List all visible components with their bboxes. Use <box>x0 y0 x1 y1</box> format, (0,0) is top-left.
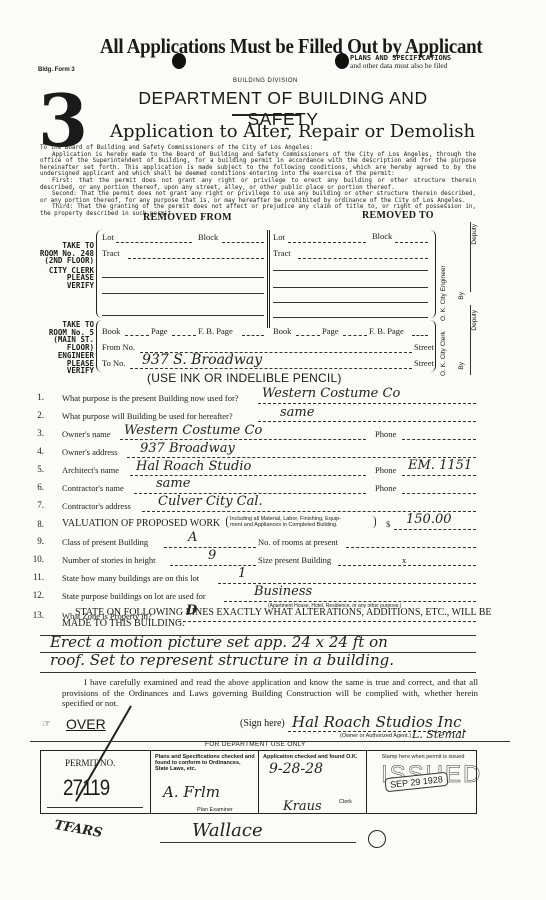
from-book-field[interactable] <box>125 335 149 336</box>
from-line-field[interactable] <box>102 277 264 278</box>
plans-checked-text: Plans and Specifications checked and fou… <box>155 754 255 772</box>
plans-checked-cell: Plans and Specifications checked and fou… <box>151 751 259 813</box>
circle-mark-icon <box>368 830 386 848</box>
item-label: Contractor's address <box>62 501 131 511</box>
item-number: 3. <box>30 428 44 438</box>
side-label-line: VERIFY <box>34 367 94 375</box>
item-label: Contractor's name <box>62 483 124 493</box>
application-title: Application to Alter, Repair or Demolish <box>110 121 435 142</box>
plan-examiner-signature: A. Frlm <box>163 783 220 801</box>
from-page-label: Page <box>151 326 168 336</box>
punch-hole-icon <box>172 53 186 69</box>
stamp-cell: Stamp here when permit is issued ISSUED … <box>367 751 478 815</box>
to-line-field[interactable] <box>273 317 428 318</box>
currency-symbol: $ <box>386 519 390 529</box>
condition-first: First: that the permit does not grant an… <box>40 178 476 191</box>
phone-label: Phone <box>375 465 396 475</box>
preamble-paragraph: Application is hereby made to the Board … <box>40 152 476 178</box>
stamp-note: Stamp here when permit is issued <box>375 754 471 760</box>
left-bracket <box>96 230 102 318</box>
preamble: To the Board of Building and Safety Comm… <box>40 145 476 218</box>
item-label: Number of stories in height <box>62 555 155 565</box>
valuation-value: 150.00 <box>406 512 452 527</box>
item-row: 9. Class of present Building A No. of ro… <box>30 532 480 550</box>
declaration-text: I have carefully examined and read the a… <box>62 677 478 709</box>
building-class-value: A <box>188 530 197 545</box>
item-number: 2. <box>30 410 44 420</box>
from-block-label: Block <box>198 232 218 242</box>
valuation-field[interactable] <box>394 529 476 530</box>
pointing-hand-icon: ☞ <box>42 719 51 730</box>
footer-mark: TFARS <box>53 818 103 841</box>
salutation: To the Board of Building and Safety Comm… <box>40 145 476 152</box>
to-line-field[interactable] <box>273 270 428 271</box>
buildings-count-value: 1 <box>238 566 246 581</box>
alterations-value-line2: roof. Set to represent structure in a bu… <box>50 651 394 669</box>
from-tract-field[interactable] <box>128 258 264 259</box>
application-checked-cell: Application checked and found O.K. 9-28-… <box>259 751 367 813</box>
item-number: 4. <box>30 446 44 456</box>
from-lot-label: Lot <box>102 232 114 242</box>
owner-address-value: 937 Broadway <box>140 441 235 456</box>
owner-name-field[interactable] <box>120 439 366 440</box>
item-label: Owner's name <box>62 429 111 439</box>
to-lot-field[interactable] <box>288 242 366 243</box>
future-use-field[interactable] <box>258 421 476 422</box>
phone-label: Phone <box>375 429 396 439</box>
agent-signature: L. Stemal <box>412 728 465 741</box>
contractor-name-value: same <box>156 476 190 491</box>
contractor-address-value: Culver City Cal. <box>158 494 263 509</box>
item-label: What purpose will Building be used for h… <box>62 411 233 421</box>
item-number: 10. <box>30 554 44 564</box>
item-label: Class of present Building <box>62 537 148 547</box>
side-label-line: FLOOR) <box>34 344 94 352</box>
architect-name-value: Hal Roach Studio <box>136 459 251 474</box>
item-number: 5. <box>30 464 44 474</box>
over-label: OVER <box>66 716 106 732</box>
from-fb-page-field[interactable] <box>242 335 264 336</box>
item-number: 9. <box>30 536 44 546</box>
owner-phone-field[interactable] <box>402 439 476 440</box>
size-separator: x <box>402 555 406 565</box>
plan-examiner-label: Plan Examiner <box>197 807 233 813</box>
side-label-room5: TAKE TO ROOM No. 5 (MAIN ST. FLOOR) ENGI… <box>34 321 94 375</box>
alterations-line[interactable] <box>40 672 476 673</box>
to-block-label: Block <box>372 231 392 241</box>
item-row: 2. What purpose will Building be used fo… <box>30 406 480 424</box>
valuation-note: Including all Material, Labor, Finishing… <box>226 516 376 528</box>
item-label: VALUATION OF PROPOSED WORK <box>62 518 220 529</box>
removed-to-heading: REMOVED TO <box>362 210 434 221</box>
item-row: 10. Number of stories in height 9 Size p… <box>30 550 480 568</box>
side-label-line: (2ND FLOOR) <box>34 257 94 265</box>
permit-label: PERMIT NO. <box>65 758 115 768</box>
from-block-field[interactable] <box>222 242 264 243</box>
alterations-value-line1: Erect a motion picture set app. 24 x 24 … <box>50 633 388 651</box>
signer-note: (Owner or Authorized Agent.) <box>340 733 411 739</box>
to-street-label: Street <box>414 358 434 368</box>
item-number: 6. <box>30 482 44 492</box>
to-book-label: Book <box>273 326 291 336</box>
contractor-phone-field[interactable] <box>402 493 476 494</box>
permit-number: 27119 <box>63 775 109 801</box>
lot-purpose-value: Business <box>254 584 312 599</box>
check-date: 9-28-28 <box>269 761 323 777</box>
from-page-field[interactable] <box>172 335 196 336</box>
rooms-field[interactable] <box>346 547 476 548</box>
title-divider <box>232 114 300 116</box>
plans-note-line2: and other data must also be filed <box>350 62 451 69</box>
from-line-field[interactable] <box>102 293 264 294</box>
ok-city-clerk: O. K. City Clerk <box>440 296 447 376</box>
application-checked-text: Application checked and found O.K. <box>263 754 363 760</box>
from-line-field[interactable] <box>102 315 264 316</box>
item-row: 8. VALUATION OF PROPOSED WORK Including … <box>30 514 480 534</box>
to-line-field[interactable] <box>273 287 428 288</box>
from-street-label: Street <box>414 342 434 352</box>
footer-signature: Wallace <box>192 820 263 841</box>
department-use-box: PERMIT NO. 27119 Plans and Specification… <box>40 750 477 814</box>
item-number: 13. <box>30 610 44 620</box>
to-page-label: Page <box>322 326 339 336</box>
building-size-field[interactable] <box>338 565 476 566</box>
item-label: Size present Building <box>258 555 331 565</box>
clerk-label: Clerk <box>339 799 352 805</box>
permit-underline <box>47 807 143 808</box>
division-label: BUILDING DIVISION <box>233 78 298 84</box>
clerk-signature: Kraus <box>283 799 322 814</box>
zone-field[interactable] <box>178 621 476 622</box>
to-tract-label: Tract <box>273 248 291 258</box>
present-use-field[interactable] <box>258 403 476 404</box>
item-label: No. of rooms at present <box>258 537 338 547</box>
item-label: What purpose is the present Building now… <box>62 393 239 403</box>
lot-purpose-field[interactable] <box>224 601 476 602</box>
deputy-label: Deputy <box>471 310 478 331</box>
side-label-line: VERIFY <box>34 282 94 290</box>
to-tract-field[interactable] <box>298 258 428 259</box>
to-no-label: To No. <box>102 358 126 368</box>
item-label: State purpose buildings on lot are used … <box>62 591 206 601</box>
removed-from-heading: REMOVED FROM <box>143 212 232 223</box>
phone-label: Phone <box>375 483 396 493</box>
architect-phone-value: EM. 1151 <box>408 458 472 473</box>
column-divider <box>267 230 270 328</box>
from-no-label: From No. <box>102 342 135 352</box>
alterations-heading-line2: MADE TO THIS BUILDING: <box>62 618 185 629</box>
item-label: Architect's name <box>62 465 119 475</box>
to-fb-page-label: F. B. Page <box>369 326 404 336</box>
from-fb-page-label: F. B. Page <box>198 326 233 336</box>
to-block-field[interactable] <box>395 242 428 243</box>
item-number: 11. <box>30 572 44 582</box>
item-number: 8. <box>30 519 44 529</box>
deputy-label: Deputy <box>471 224 478 245</box>
punch-hole-icon <box>335 53 349 69</box>
department-use-heading: FOR DEPARTMENT USE ONLY <box>205 742 306 748</box>
to-fb-page-field[interactable] <box>412 335 428 336</box>
from-tract-label: Tract <box>102 248 120 258</box>
to-no-value: 937 S. Broadway <box>142 352 262 368</box>
to-page-field[interactable] <box>343 335 367 336</box>
by-label: By <box>458 292 465 300</box>
stories-value: 9 <box>208 548 216 563</box>
alterations-heading: STATE ON FOLLOWING LINES EXACTLY WHAT AL… <box>75 607 492 618</box>
item-label: State how many buildings are on this lot <box>62 573 199 583</box>
to-book-field[interactable] <box>296 335 320 336</box>
condition-second: Second: That the permit does not grant a… <box>40 191 476 204</box>
item-number: 1. <box>30 392 44 402</box>
by-label: By <box>458 362 465 370</box>
footer-signature-line <box>160 842 356 843</box>
plans-note: PLANS AND SPECIFICATIONS and other data … <box>350 55 451 69</box>
item-number: 7. <box>30 500 44 510</box>
right-bracket <box>430 230 436 318</box>
item-label: Owner's address <box>62 447 118 457</box>
present-use-value: Western Costume Co <box>262 386 400 401</box>
item-row: 5. Architect's name Hal Roach Studio Pho… <box>30 460 480 478</box>
sign-here-label: (Sign here) <box>240 718 285 729</box>
item-row: 12. State purpose buildings on lot are u… <box>30 586 480 608</box>
to-lot-label: Lot <box>273 232 285 242</box>
form-label: Bldg. Form 3 <box>38 67 75 73</box>
owner-name-value: Western Costume Co <box>124 423 262 438</box>
future-use-value: same <box>280 405 314 420</box>
architect-phone-field[interactable] <box>402 475 476 476</box>
ink-instruction: (USE INK OR INDELIBLE PENCIL) <box>147 371 342 385</box>
from-lot-field[interactable] <box>116 242 192 243</box>
to-line-field[interactable] <box>273 302 428 303</box>
item-number: 12. <box>30 590 44 600</box>
item-row: 3. Owner's name Western Costume Co Phone <box>30 424 480 442</box>
item-row: 1. What purpose is the present Building … <box>30 388 480 406</box>
valuation-note-line2: ment and Appliances in Completed Buildin… <box>230 522 372 528</box>
side-label-room248: TAKE TO ROOM No. 248 (2ND FLOOR) CITY CL… <box>34 242 94 289</box>
permit-cell: PERMIT NO. 27119 <box>41 751 151 813</box>
from-book-label: Book <box>102 326 120 336</box>
to-no-field[interactable] <box>130 368 412 369</box>
